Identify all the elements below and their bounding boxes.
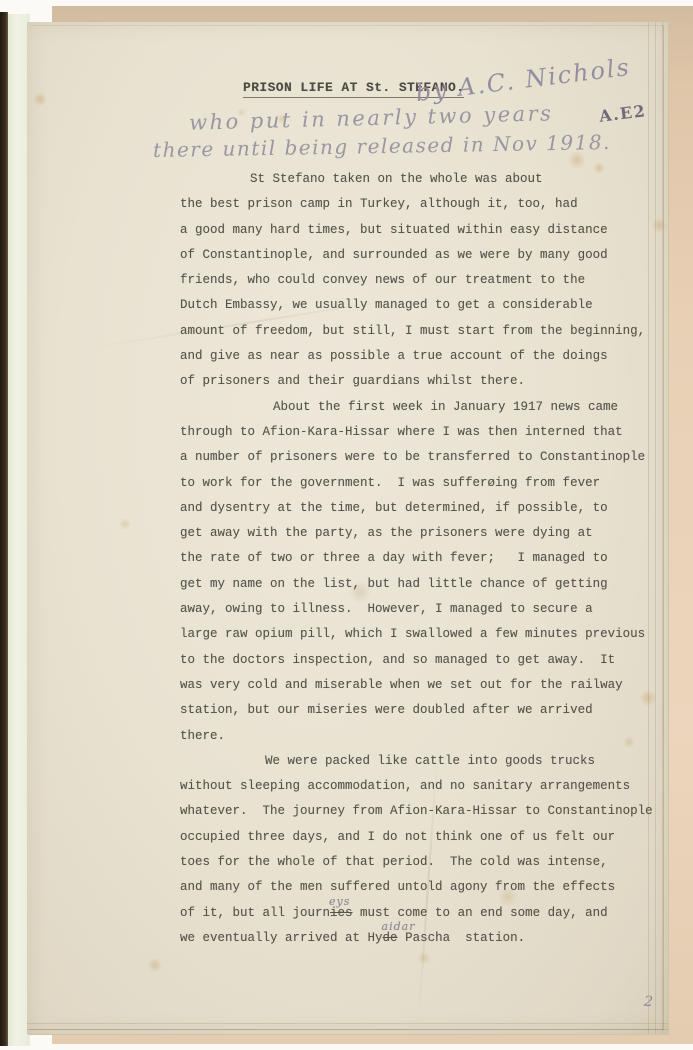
- typed-line: St Stefano taken on the whole was about: [180, 167, 685, 192]
- typed-line: We were packed like cattle into goods tr…: [180, 749, 685, 774]
- typed-segment: of it, but all journ: [180, 906, 330, 920]
- typed-line-with-correction: we eventually arrived at Hydeaidar Pasch…: [180, 926, 685, 951]
- handwritten-byline: by A.C. Nichols: [414, 53, 632, 107]
- typed-line: to the doctors inspection, and so manage…: [180, 648, 685, 673]
- typed-line: the rate of two or three a day with feve…: [180, 546, 685, 571]
- typed-line: and many of the men suffered untold agon…: [180, 875, 685, 900]
- typed-line: the best prison camp in Turkey, although…: [180, 192, 685, 217]
- typed-line: occupied three days, and I do not think …: [180, 825, 685, 850]
- handwritten-correction: eys: [329, 889, 350, 914]
- typed-line: large raw opium pill, which I swallowed …: [180, 622, 685, 647]
- typed-body-text: St Stefano taken on the whole was about …: [180, 167, 685, 951]
- typed-line: to work for the government. I was suffer…: [180, 471, 685, 496]
- typed-line: of prisoners and their guardians whilst …: [180, 369, 685, 394]
- document-sheet: PRISON LIFE AT St. STEFANO. by A.C. Nich…: [27, 22, 668, 1034]
- typed-line: get my name on the list, but had little …: [180, 572, 685, 597]
- typed-line: station, but our miseries were doubled a…: [180, 698, 685, 723]
- typed-line: away, owing to illness. However, I manag…: [180, 597, 685, 622]
- handwritten-correction: aidar: [382, 914, 416, 939]
- typed-line: amount of freedom, but still, I must sta…: [180, 319, 685, 344]
- typed-line: there.: [180, 724, 685, 749]
- typed-segment: Pascha station.: [398, 931, 526, 945]
- typed-line-with-correction: of it, but all journieseys must come to …: [180, 901, 685, 926]
- typed-line: a number of prisoners were to be transfe…: [180, 445, 685, 470]
- binding-gutter-shadow: [0, 12, 8, 1046]
- typed-line: About the first week in January 1917 new…: [180, 395, 685, 420]
- typed-line: friends, who could convey news of our tr…: [180, 268, 685, 293]
- typed-line: of Constantinople, and surrounded as we …: [180, 243, 685, 268]
- typed-line: and give as near as possible a true acco…: [180, 344, 685, 369]
- typed-line: through to Afion-Kara-Hissar where I was…: [180, 420, 685, 445]
- typed-line: without sleeping accommodation, and no s…: [180, 774, 685, 799]
- typed-line: whatever. The journey from Afion-Kara-Hi…: [180, 799, 685, 824]
- typed-line: Dutch Embassy, we usually managed to get…: [180, 293, 685, 318]
- handwritten-ref-code: A.E2: [598, 101, 647, 126]
- typed-line: get away with the party, as the prisoner…: [180, 521, 685, 546]
- typed-line: toes for the whole of that period. The c…: [180, 850, 685, 875]
- typed-line: was very cold and miserable when we set …: [180, 673, 685, 698]
- pencil-page-number: 2: [643, 994, 653, 1011]
- typed-segment: we eventually arrived at Hy: [180, 931, 383, 945]
- handwritten-note-line2: there until being released in Nov 1918.: [153, 130, 611, 162]
- correction-haidar: deaidar: [383, 926, 398, 951]
- correction-journeys: ieseys: [330, 901, 353, 926]
- typed-line: and dysentry at the time, but determined…: [180, 496, 685, 521]
- handwritten-note-line1: who put in nearly two years: [189, 101, 554, 135]
- scanned-document-page: PRISON LIFE AT St. STEFANO. by A.C. Nich…: [0, 0, 693, 1050]
- typed-line: a good many hard times, but situated wit…: [180, 218, 685, 243]
- stacked-sheet-edges-bottom: [27, 1018, 668, 1034]
